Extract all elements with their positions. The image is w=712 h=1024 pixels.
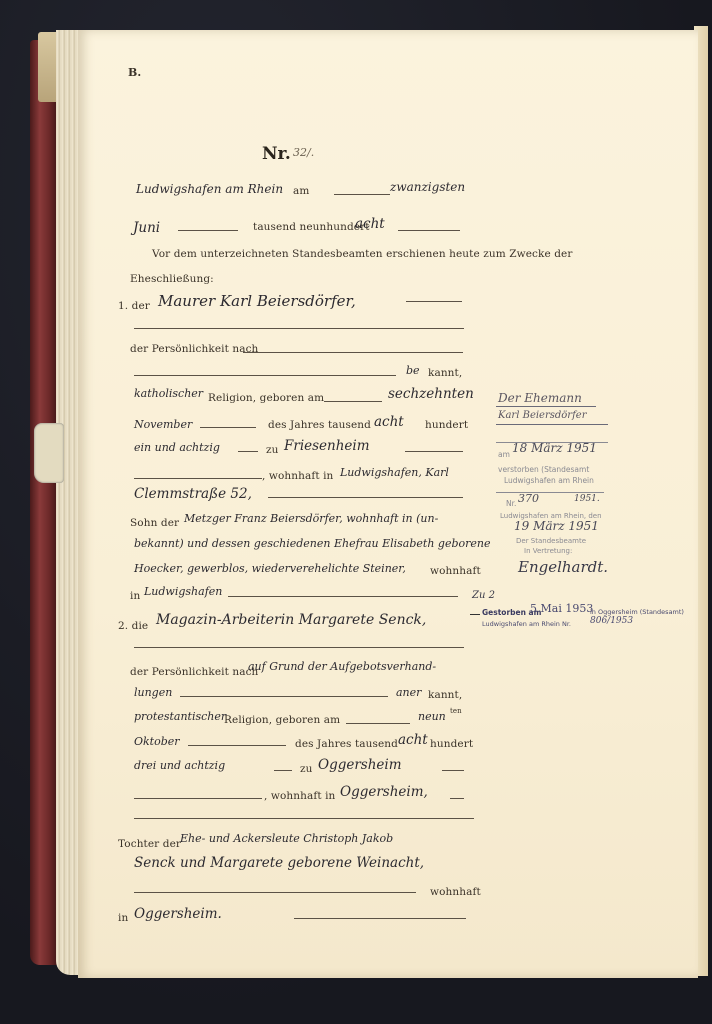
rule xyxy=(134,892,416,893)
groom-description: Maurer Karl Beiersdörfer, xyxy=(158,292,356,310)
year-label: tausend neunhundert xyxy=(253,221,370,233)
rule xyxy=(134,818,474,819)
bride-religion: protestantischer xyxy=(134,710,226,723)
rule xyxy=(238,451,258,452)
groom-note-sign-date: 19 März 1951 xyxy=(514,519,599,533)
bride-number-label: 2. die xyxy=(118,620,148,632)
rule xyxy=(406,301,462,302)
bride-identity-label: der Persönlichkeit nach xyxy=(130,666,258,678)
groom-note-line1: Der Ehemann xyxy=(498,391,582,405)
registration-day: zwanzigsten xyxy=(390,180,465,194)
bride-hundert-label: hundert xyxy=(430,738,473,750)
rule xyxy=(274,770,292,771)
bride-residence-label: , wohnhaft in xyxy=(264,790,335,802)
bride-identity-text-2: lungen xyxy=(134,686,172,699)
rule xyxy=(442,770,464,771)
groom-identity-suffix: be xyxy=(406,364,420,377)
bride-parents-residence: Oggersheim. xyxy=(134,906,222,922)
groom-parents-residence-label: wohnhaft xyxy=(430,565,481,577)
rule xyxy=(496,406,596,407)
rule xyxy=(324,401,382,402)
groom-note-line2: Karl Beiersdörfer xyxy=(498,410,587,421)
rule xyxy=(188,745,286,746)
bride-birth-month: Oktober xyxy=(134,735,180,748)
bride-identity-suffix: aner xyxy=(396,686,421,699)
groom-parents-line3: Hoecker, gewerblos, wiederverehelichte S… xyxy=(134,562,406,575)
groom-birthplace-label: zu xyxy=(266,444,279,456)
bride-note-line1-rest: in Oggersheim (Standesamt) xyxy=(590,608,684,616)
rule xyxy=(334,194,390,195)
bride-residence: Oggersheim, xyxy=(340,784,428,800)
bride-parents-label: Tochter der xyxy=(118,838,181,850)
groom-birth-day: sechzehnten xyxy=(388,386,474,402)
groom-identity-label: der Persönlichkeit nach xyxy=(130,343,258,355)
rule xyxy=(470,614,480,615)
record-number: 32/. xyxy=(293,146,314,159)
registration-month: Juni xyxy=(133,220,160,236)
groom-note-reg: 370 xyxy=(518,492,539,505)
rule xyxy=(134,798,262,799)
bride-birth-day: neun xyxy=(418,710,446,723)
bookmark-tab xyxy=(34,423,64,483)
groom-birth-month: November xyxy=(134,418,192,431)
rule xyxy=(134,478,262,479)
groom-note-deputy: In Vertretung: xyxy=(524,547,572,555)
groom-birth-century: acht xyxy=(374,414,404,430)
bride-birth-century: acht xyxy=(398,732,428,748)
bride-birth-day-suffix: ten xyxy=(450,707,462,715)
groom-note-date-label: am xyxy=(498,450,510,459)
groom-note-reg-label: Nr. xyxy=(506,499,516,508)
section-letter: B. xyxy=(128,66,141,79)
groom-identity-end: kannt, xyxy=(428,367,462,379)
rule xyxy=(496,424,608,425)
register-page: B. Nr. 32/. Ludwigshafen am Rhein am zwa… xyxy=(78,30,698,978)
bride-year-label: des Jahres tausend xyxy=(295,738,398,750)
rule xyxy=(496,492,604,493)
groom-note-office: Der Standesbeamte xyxy=(516,537,586,545)
groom-religion: katholischer xyxy=(134,387,203,400)
groom-note-date: 18 März 1951 xyxy=(512,441,597,455)
groom-parents-line2: bekannt) und dessen geschiedenen Ehefrau… xyxy=(134,537,490,550)
groom-parents-in: in xyxy=(130,590,140,602)
bride-parents-residence-label: wohnhaft xyxy=(430,886,481,898)
rule xyxy=(268,497,463,498)
groom-hundert-label: hundert xyxy=(425,419,468,431)
bride-note-date: 5 Mai 1953 xyxy=(530,602,593,615)
rule xyxy=(346,723,410,724)
rule xyxy=(178,230,238,231)
bride-birthplace: Oggersheim xyxy=(318,757,402,773)
rule xyxy=(243,352,463,353)
bride-note-mark: Zu 2 xyxy=(472,590,495,601)
groom-parents-label: Sohn der xyxy=(130,517,179,529)
bride-note-reg: 806/1953 xyxy=(590,616,633,626)
groom-note-reg-year: 1951. xyxy=(574,494,600,504)
bride-religion-label: Religion, geboren am xyxy=(224,714,340,726)
rule xyxy=(134,328,464,329)
rule xyxy=(200,427,256,428)
bride-description: Magazin-Arbeiterin Margarete Senck, xyxy=(156,612,426,628)
am-label: am xyxy=(293,185,309,197)
book-spine xyxy=(30,40,58,965)
groom-birth-year: ein und achtzig xyxy=(134,441,220,454)
groom-residence-street: Clemmstraße 52, xyxy=(134,486,252,502)
groom-birthplace: Friesenheim xyxy=(284,438,370,454)
rule xyxy=(180,696,388,697)
bride-identity-end: kannt, xyxy=(428,689,462,701)
bride-identity-text: auf Grund der Aufgebotsverhand- xyxy=(248,660,436,673)
rule xyxy=(134,375,396,376)
groom-religion-label: Religion, geboren am xyxy=(208,392,324,404)
place-of-registration: Ludwigshafen am Rhein xyxy=(136,182,283,196)
rule xyxy=(134,647,464,648)
groom-note-place: Ludwigshafen am Rhein xyxy=(504,476,594,485)
rule xyxy=(405,451,463,452)
rule xyxy=(398,230,460,231)
bride-parents-in: in xyxy=(118,912,128,924)
groom-parents-line1: Metzger Franz Beiersdörfer, wohnhaft in … xyxy=(184,512,438,525)
rule xyxy=(228,596,458,597)
intro-text-2: Eheschließung: xyxy=(130,273,214,285)
groom-residence: Ludwigshafen, Karl xyxy=(340,466,449,479)
intro-text: Vor dem unterzeichneten Standesbeamten e… xyxy=(152,248,572,260)
groom-year-label: des Jahres tausend xyxy=(268,419,371,431)
groom-note-signature: Engelhardt. xyxy=(518,558,608,576)
rule xyxy=(450,798,464,799)
groom-parents-residence: Ludwigshafen xyxy=(144,585,222,598)
bride-birth-year: drei und achtzig xyxy=(134,759,225,772)
groom-note-status: verstorben (Standesamt xyxy=(498,465,589,474)
bride-birthplace-label: zu xyxy=(300,763,313,775)
groom-number-label: 1. der xyxy=(118,300,150,312)
registration-year: acht xyxy=(355,216,385,232)
bride-note-line2: Ludwigshafen am Rhein Nr. xyxy=(482,620,571,628)
record-number-label: Nr. xyxy=(262,144,291,164)
rule xyxy=(294,918,466,919)
bride-parents-line2: Senck und Margarete geborene Weinacht, xyxy=(134,855,424,871)
groom-residence-label: , wohnhaft in xyxy=(262,470,333,482)
bride-parents-line1: Ehe- und Ackersleute Christoph Jakob xyxy=(180,832,393,845)
